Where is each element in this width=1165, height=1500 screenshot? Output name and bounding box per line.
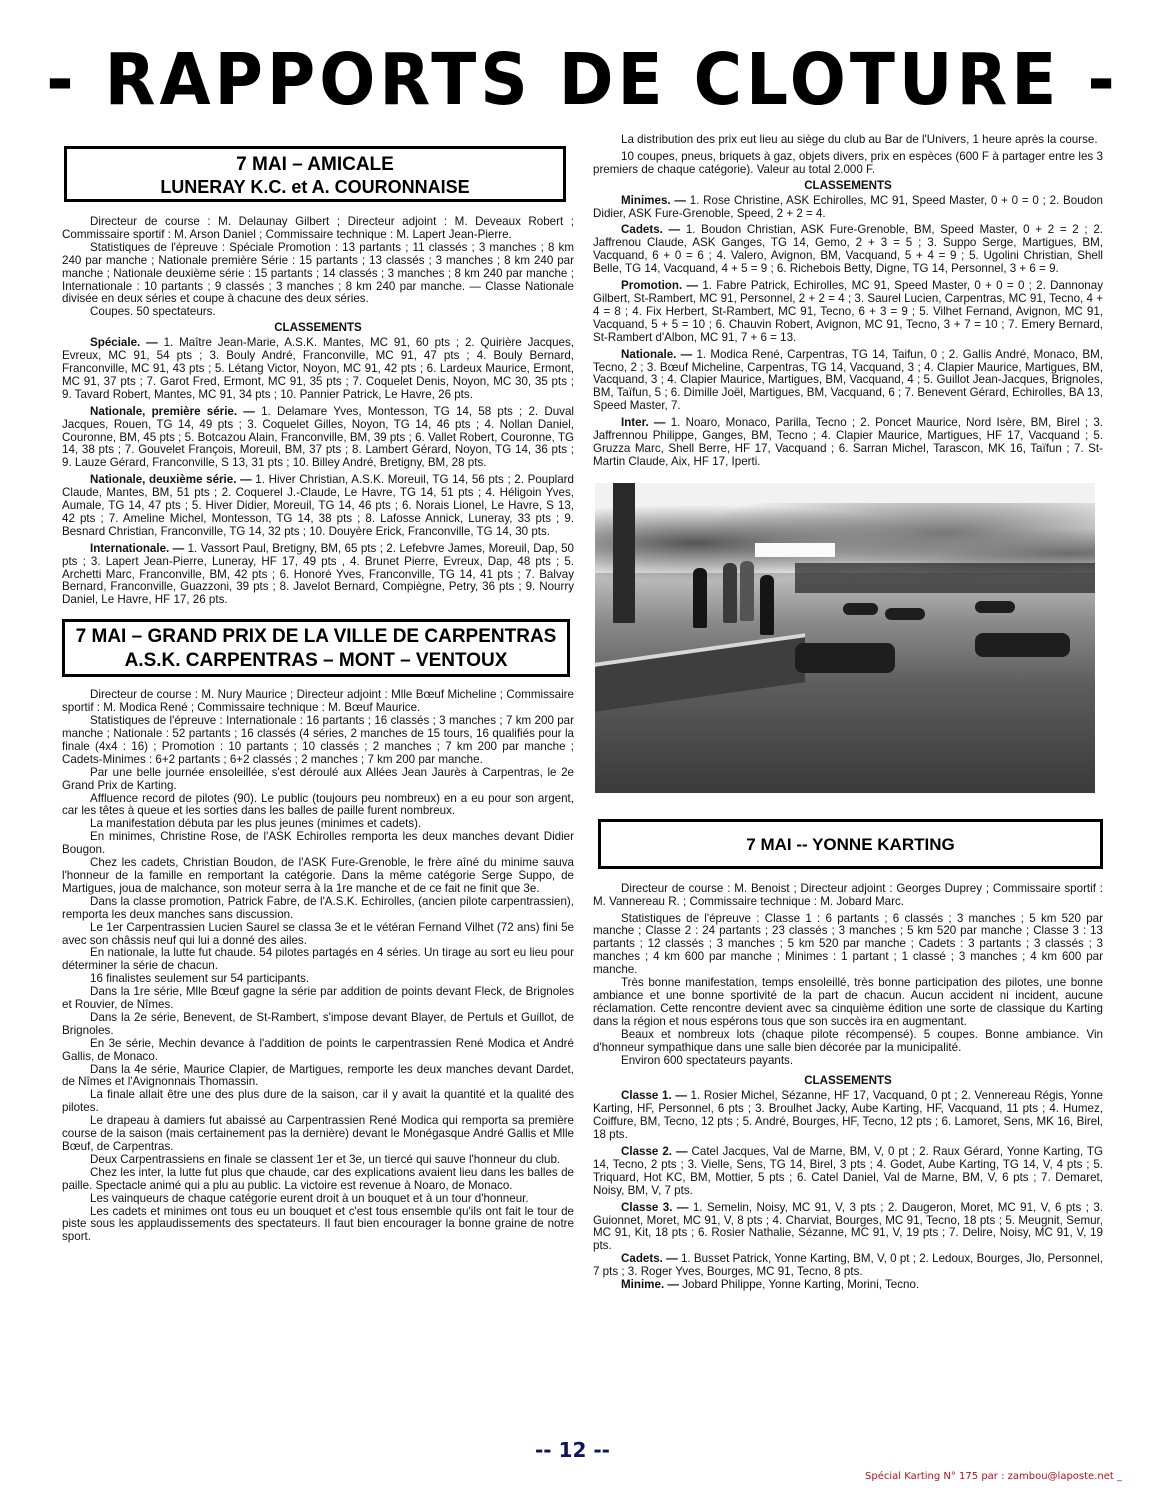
yonne-paragraph: Beaux et nombreux lots (chaque pilote ré… [593,1029,1103,1055]
amicale-header-box: 7 MAI – AMICALE LUNERAY K.C. et A. COURO… [64,146,566,202]
page-number: -- 12 -- [535,1438,610,1462]
carpentras-paragraph: Dans la 4e série, Maurice Clapier, de Ma… [62,1064,574,1090]
carpentras-result: Cadets. — 1. Boudon Christian, ASK Fure-… [593,224,1103,276]
result-category: Cadets. — [621,223,680,236]
carpentras-paragraph: Dans la classe promotion, Patrick Fabre,… [62,896,574,922]
carpentras-result: Promotion. — 1. Fabre Patrick, Echirolle… [593,280,1103,345]
result-category: Minimes. — [621,194,686,207]
yonne-paragraph: Environ 600 spectateurs payants. [593,1055,1103,1068]
carpentras-continued: 10 coupes, pneus, briquets à gaz, objets… [593,151,1103,177]
carpentras-paragraph: Deux Carpentrassiens en finale se classe… [62,1154,574,1167]
carpentras-paragraph: Le drapeau à damiers fut abaissé au Carp… [62,1115,574,1154]
result-category: Internationale. — [90,542,184,555]
left-column: 7 MAI – AMICALE LUNERAY K.C. et A. COURO… [62,146,574,1244]
carpentras-result: Minimes. — 1. Rose Christine, ASK Echiro… [593,195,1103,221]
result-text: Jobard Philippe, Yonne Karting, Morini, … [679,1278,919,1291]
amicale-classements-heading: CLASSEMENTS [62,322,574,335]
amicale-prizes: Coupes. 50 spectateurs. [62,306,574,319]
page-title: - RAPPORTS DE CLOTURE - [0,37,1165,123]
carpentras-paragraph: Le 1er Carpentrassien Lucien Saurel se c… [62,922,574,948]
carpentras-paragraph: Affluence record de pilotes (90). Le pub… [62,793,574,819]
yonne-result: Classe 2. — Catel Jacques, Val de Marne,… [593,1146,1103,1198]
amicale-result: Internationale. — 1. Vassort Paul, Breti… [62,543,574,608]
result-category: Inter. — [621,416,666,429]
result-category: Classe 3. — [621,1201,688,1214]
carpentras-paragraph: Dans la 1re série, Mlle Bœuf gagne la sé… [62,986,574,1012]
carpentras-paragraph: Chez les cadets, Christian Boudon, de l'… [62,857,574,896]
carpentras-paragraph: Les cadets et minimes ont tous eu un bou… [62,1206,574,1245]
yonne-result: Cadets. — 1. Busset Patrick, Yonne Karti… [593,1253,1103,1279]
carpentras-paragraph: Directeur de course : M. Nury Maurice ; … [62,689,574,715]
amicale-header-line2: LUNERAY K.C. et A. COURONNAISE [67,176,563,198]
yonne-result: Classe 3. — 1. Semelin, Noisy, MC 91, V,… [593,1202,1103,1254]
result-category: Classe 2. — [621,1145,688,1158]
carpentras-paragraph: Par une belle journée ensoleillée, s'est… [62,767,574,793]
result-category: Minime. — [621,1278,679,1291]
result-category: Cadets. — [621,1252,678,1265]
carpentras-paragraph: Les vainqueurs de chaque catégorie euren… [62,1193,574,1206]
result-category: Nationale, deuxième série. — [90,473,252,486]
amicale-result: Nationale, deuxième série. — 1. Hiver Ch… [62,474,574,539]
yonne-paragraph: Directeur de course : M. Benoist ; Direc… [593,883,1103,909]
carpentras-paragraph: Chez les inter, la lutte fut plus que ch… [62,1167,574,1193]
right-column: La distribution des prix eut lieu au siè… [593,134,1103,1292]
amicale-stats: Statistiques de l'épreuve : Spéciale Pro… [62,242,574,307]
carpentras-continued: La distribution des prix eut lieu au siè… [593,134,1103,147]
amicale-officials: Directeur de course : M. Delaunay Gilber… [62,216,574,242]
carpentras-header-box: 7 MAI – GRAND PRIX DE LA VILLE DE CARPEN… [62,619,570,677]
result-category: Spéciale. — [90,336,158,349]
carpentras-paragraph: En minimes, Christine Rose, de l'ASK Ech… [62,831,574,857]
result-text: 1. Noaro, Monaco, Parilla, Tecno ; 2. Po… [593,416,1103,468]
karting-race-photo [595,483,1095,793]
result-category: Nationale, première série. — [90,405,255,418]
amicale-result: Nationale, première série. — 1. Delamare… [62,406,574,471]
carpentras-header-line2: A.S.K. CARPENTRAS – MONT – VENTOUX [65,649,567,673]
amicale-result: Spéciale. — 1. Maître Jean-Marie, A.S.K.… [62,337,574,402]
carpentras-paragraph: Dans la 2e série, Benevent, de St-Ramber… [62,1012,574,1038]
yonne-result: Minime. — Jobard Philippe, Yonne Karting… [593,1279,1103,1292]
carpentras-paragraph: En 3e série, Mechin devance à l'addition… [62,1038,574,1064]
carpentras-result: Inter. — 1. Noaro, Monaco, Parilla, Tecn… [593,417,1103,469]
carpentras-classements-heading: CLASSEMENTS [593,180,1103,193]
credit-line: Spécial Karting N° 175 par : zambou@lapo… [865,1471,1122,1482]
result-category: Classe 1. — [621,1089,687,1102]
carpentras-header-line1: 7 MAI – GRAND PRIX DE LA VILLE DE CARPEN… [65,625,567,649]
result-category: Nationale. — [621,348,692,361]
amicale-header-line1: 7 MAI – AMICALE [67,154,563,176]
carpentras-paragraph: Statistiques de l'épreuve : Internationa… [62,715,574,767]
carpentras-paragraph: La finale allait être une des plus dure … [62,1089,574,1115]
carpentras-result: Nationale. — 1. Modica René, Carpentras,… [593,349,1103,414]
result-category: Promotion. — [621,279,698,292]
yonne-paragraph: Très bonne manifestation, temps ensoleil… [593,977,1103,1029]
yonne-header: 7 MAI -- YONNE KARTING [601,834,1100,856]
carpentras-paragraph: En nationale, la lutte fut chaude. 54 pi… [62,947,574,973]
yonne-classements-heading: CLASSEMENTS [593,1075,1103,1088]
yonne-header-box: 7 MAI -- YONNE KARTING [598,819,1103,869]
yonne-result: Classe 1. — 1. Rosier Michel, Sézanne, H… [593,1090,1103,1142]
yonne-paragraph: Statistiques de l'épreuve : Classe 1 : 6… [593,913,1103,978]
